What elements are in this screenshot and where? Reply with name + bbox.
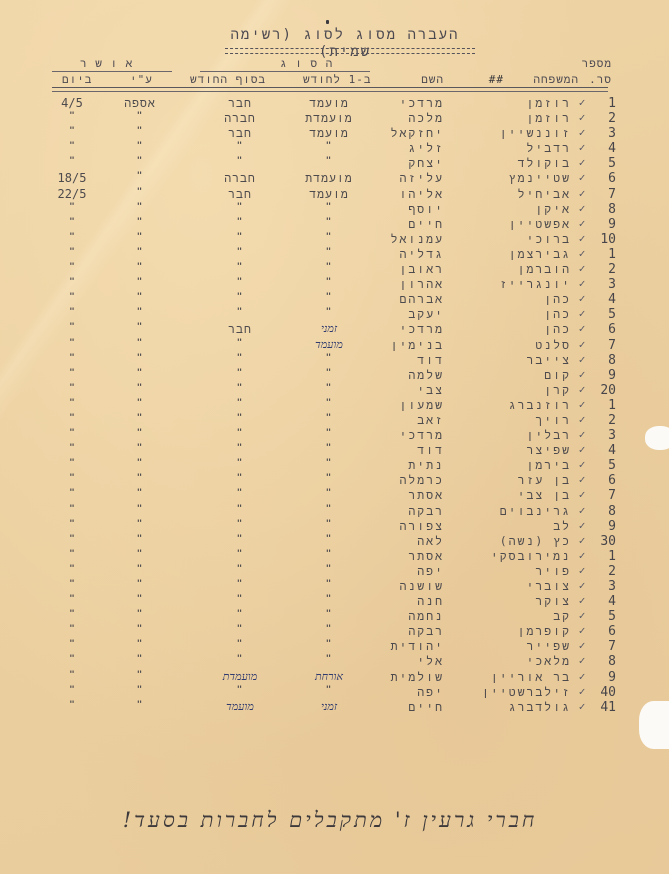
- status-from: ": [290, 519, 368, 529]
- family-name: רוזמן: [526, 96, 571, 111]
- approved-by: ": [110, 262, 170, 272]
- header-number: מספר: [582, 57, 612, 71]
- table-row: 3✓זוננשייןיחזקאלמועמדחבר"": [0, 126, 669, 141]
- row-number: 8: [592, 202, 616, 217]
- family-name: צייבר: [526, 353, 571, 368]
- approval-date: 4/5: [52, 96, 92, 110]
- row-number: 6: [592, 624, 616, 639]
- table-row: 1✓רוזנברגשמעון"""": [0, 398, 669, 413]
- family-name: צוברי: [526, 579, 571, 594]
- check-mark-icon: ✓: [576, 141, 588, 154]
- check-mark-icon: ✓: [576, 639, 588, 652]
- status-from: ": [290, 443, 368, 453]
- status-from: ": [290, 232, 368, 242]
- status-to: ": [210, 413, 270, 423]
- approved-by: ": [110, 594, 170, 604]
- approved-by: ": [110, 579, 170, 589]
- family-name: רוזנברג: [509, 398, 571, 413]
- header-group-rule: [52, 71, 172, 72]
- approval-date: ": [52, 111, 92, 121]
- header-ser: סר.: [589, 73, 612, 87]
- approval-date: ": [52, 654, 92, 664]
- row-number: 9: [592, 217, 616, 232]
- header-group-ishur: א ו ש ר: [80, 57, 133, 71]
- row-number: 3: [592, 277, 616, 292]
- header-family: המשפחה: [533, 73, 579, 87]
- check-mark-icon: ✓: [576, 171, 588, 184]
- row-number: 41: [592, 700, 616, 715]
- approval-date: ": [52, 368, 92, 378]
- approval-date: ": [52, 624, 92, 634]
- approval-date: ": [52, 579, 92, 589]
- first-name: צבי: [417, 383, 444, 398]
- approved-by: ": [110, 126, 170, 136]
- first-name: חנה: [417, 594, 444, 609]
- status-from: זמני: [290, 700, 368, 713]
- check-mark-icon: ✓: [576, 519, 588, 532]
- check-mark-icon: ✓: [576, 609, 588, 622]
- approval-date: ": [52, 277, 92, 287]
- row-number: 8: [592, 654, 616, 669]
- table-row: 2✓הוברמןראובן"""": [0, 262, 669, 277]
- table-row: 8✓איקןיוסף"""": [0, 202, 669, 217]
- check-mark-icon: ✓: [576, 700, 588, 713]
- approved-by: ": [110, 504, 170, 514]
- approved-by: ": [110, 428, 170, 438]
- table-row: 4✓כהןאברהם"""": [0, 292, 669, 307]
- approval-date: ": [52, 247, 92, 257]
- check-mark-icon: ✓: [576, 322, 588, 335]
- document-page: העברה מסוג לסוג (רשימה שמית) ה ס ו ג א ו…: [0, 0, 669, 874]
- approved-by: ": [110, 353, 170, 363]
- row-number: 1: [592, 96, 616, 111]
- check-mark-icon: ✓: [576, 564, 588, 577]
- first-name: חיים: [408, 217, 444, 232]
- table-row: 5✓בירמןנתית"""": [0, 458, 669, 473]
- status-from: ": [290, 594, 368, 604]
- check-mark-icon: ✓: [576, 579, 588, 592]
- first-name: יהודית: [391, 639, 444, 654]
- table-row: 9✓לבצפורה"""": [0, 519, 669, 534]
- approved-by: ": [110, 519, 170, 529]
- header-by: ע"י: [130, 73, 153, 87]
- table-row: 30✓כץ (נשה)לאה"""": [0, 534, 669, 549]
- row-number: 5: [592, 458, 616, 473]
- approval-date: ": [52, 564, 92, 574]
- row-number: 9: [592, 670, 616, 685]
- status-to: ": [210, 564, 270, 574]
- family-name: כהן: [544, 322, 571, 337]
- first-name: נחמה: [408, 609, 444, 624]
- status-to: חבר: [210, 96, 270, 111]
- row-number: 4: [592, 141, 616, 156]
- status-from: ": [290, 277, 368, 287]
- check-mark-icon: ✓: [576, 368, 588, 381]
- row-number: 3: [592, 126, 616, 141]
- status-to: ": [210, 307, 270, 317]
- approval-date: ": [52, 443, 92, 453]
- row-number: 2: [592, 413, 616, 428]
- status-to: ": [210, 156, 270, 166]
- family-name: כץ (נשה): [500, 534, 571, 549]
- status-from: ": [290, 488, 368, 498]
- header-rule: [52, 87, 608, 88]
- status-from: ": [290, 307, 368, 317]
- family-name: רויך: [535, 413, 571, 428]
- status-to: חבר: [210, 187, 270, 202]
- status-to: ": [210, 383, 270, 393]
- check-mark-icon: ✓: [576, 292, 588, 305]
- family-name: איקן: [535, 202, 571, 217]
- table-row: 5✓בוקולדיצחק"""": [0, 156, 669, 171]
- status-to: ": [210, 488, 270, 498]
- status-from: ": [290, 368, 368, 378]
- approval-date: ": [52, 458, 92, 468]
- status-from: זמני: [290, 322, 368, 335]
- table-row: 3✓צוברישושנה"""": [0, 579, 669, 594]
- family-name: קרן: [544, 383, 571, 398]
- status-to: ": [210, 639, 270, 649]
- approved-by: ": [110, 670, 170, 680]
- approved-by: ": [110, 307, 170, 317]
- approval-date: ": [52, 262, 92, 272]
- status-from: ": [290, 383, 368, 393]
- row-number: 7: [592, 488, 616, 503]
- status-from: מועמד: [290, 338, 368, 351]
- table-row: 4✓צוקרחנה"""": [0, 594, 669, 609]
- first-name: אהרון: [399, 277, 444, 292]
- status-from: מועמד: [290, 96, 368, 111]
- document-title: העברה מסוג לסוג (רשימה שמית): [225, 27, 465, 61]
- check-mark-icon: ✓: [576, 473, 588, 486]
- status-from: ": [290, 473, 368, 483]
- approval-date: ": [52, 685, 92, 695]
- approval-date: 18/5: [52, 171, 92, 185]
- first-name: נתית: [408, 458, 444, 473]
- status-from: אורחת: [290, 670, 368, 683]
- approved-by: ": [110, 232, 170, 242]
- family-name: מלאכי: [526, 654, 571, 669]
- approval-date: 22/5: [52, 187, 92, 201]
- first-name: אלי: [417, 654, 444, 669]
- family-name: קב: [553, 609, 571, 624]
- approval-date: ": [52, 473, 92, 483]
- status-to: ": [210, 624, 270, 634]
- status-to: ": [210, 579, 270, 589]
- check-mark-icon: ✓: [576, 685, 588, 698]
- status-from: ": [290, 609, 368, 619]
- approved-by: ": [110, 458, 170, 468]
- table-row: 8✓מלאכיאלי"""": [0, 654, 669, 669]
- row-number: 5: [592, 609, 616, 624]
- status-from: ": [290, 564, 368, 574]
- header-group-sug: ה ס ו ג: [280, 57, 333, 71]
- status-to: ": [210, 202, 270, 212]
- status-to: ": [210, 338, 270, 348]
- status-from: ": [290, 685, 368, 695]
- first-name: דוד: [417, 443, 444, 458]
- status-from: מועמדת: [290, 171, 368, 186]
- check-mark-icon: ✓: [576, 624, 588, 637]
- row-number: 6: [592, 473, 616, 488]
- first-name: אסתר: [408, 549, 444, 564]
- family-name: זוננשיין: [500, 126, 571, 141]
- check-mark-icon: ✓: [576, 156, 588, 169]
- status-from: ": [290, 141, 368, 151]
- approved-by: ": [110, 473, 170, 483]
- approved-by: ": [110, 247, 170, 257]
- check-mark-icon: ✓: [576, 232, 588, 245]
- first-name: בנימין: [391, 338, 444, 353]
- check-mark-icon: ✓: [576, 383, 588, 396]
- row-number: 4: [592, 292, 616, 307]
- first-name: גדליה: [399, 247, 444, 262]
- table-row: 3✓רבליןמרדכי"""": [0, 428, 669, 443]
- first-name: אליהו: [399, 187, 444, 202]
- first-name: שלמה: [408, 368, 444, 383]
- first-name: צפורה: [399, 519, 444, 534]
- status-to: ": [210, 534, 270, 544]
- family-name: בן צבי: [518, 488, 571, 503]
- family-name: גולדברג: [509, 700, 571, 715]
- approval-date: ": [52, 383, 92, 393]
- table-row: 6✓שטיינמץעליזהמועמדתחברה"18/5: [0, 171, 669, 186]
- approval-date: ": [52, 217, 92, 227]
- first-name: יצחק: [408, 156, 444, 171]
- approved-by: ": [110, 413, 170, 423]
- family-name: בירמן: [526, 458, 571, 473]
- family-name: צוקר: [535, 594, 571, 609]
- approved-by: ": [110, 624, 170, 634]
- table-row: 2✓רוזמןמלכהמועמדתחברה"": [0, 111, 669, 126]
- header-from-1st: ב-1 לחודש: [303, 73, 372, 87]
- status-from: ": [290, 292, 368, 302]
- family-name: רוזמן: [526, 111, 571, 126]
- approved-by: ": [110, 141, 170, 151]
- row-number: 4: [592, 443, 616, 458]
- header-end-month: בסוף החודש: [190, 73, 266, 87]
- status-to: ": [210, 353, 270, 363]
- check-mark-icon: ✓: [576, 338, 588, 351]
- approved-by: ": [110, 383, 170, 393]
- status-from: ": [290, 428, 368, 438]
- approved-by: ": [110, 171, 170, 181]
- approved-by: ": [110, 639, 170, 649]
- check-mark-icon: ✓: [576, 654, 588, 667]
- header-rule: [52, 91, 608, 92]
- family-name: בוקולד: [518, 156, 571, 171]
- first-name: שמעון: [399, 398, 444, 413]
- status-to: ": [210, 549, 270, 559]
- approval-date: ": [52, 141, 92, 151]
- table-row: 1✓נמירובסקיאסתר"""": [0, 549, 669, 564]
- row-number: 5: [592, 307, 616, 322]
- handwritten-footer: חברי גרעין ז' מתקבלים לחברות בסעד!: [100, 808, 560, 833]
- status-from: ": [290, 458, 368, 468]
- approved-by: ": [110, 156, 170, 166]
- check-mark-icon: ✓: [576, 126, 588, 139]
- check-mark-icon: ✓: [576, 111, 588, 124]
- check-mark-icon: ✓: [576, 398, 588, 411]
- check-mark-icon: ✓: [576, 458, 588, 471]
- approved-by: ": [110, 277, 170, 287]
- row-number: 1: [592, 398, 616, 413]
- status-to: ": [210, 232, 270, 242]
- first-name: ראובן: [399, 262, 444, 277]
- family-name: סלנט: [535, 338, 571, 353]
- check-mark-icon: ✓: [576, 594, 588, 607]
- row-number: 20: [592, 383, 616, 398]
- row-number: 7: [592, 639, 616, 654]
- approval-date: ": [52, 504, 92, 514]
- family-name: אביחיל: [518, 187, 571, 202]
- status-from: ": [290, 398, 368, 408]
- family-name: בן עזר: [518, 473, 571, 488]
- status-from: ": [290, 639, 368, 649]
- table-row: 4✓רדבילזליג"""": [0, 141, 669, 156]
- table-row: 2✓פויריפה"""": [0, 564, 669, 579]
- first-name: זאב: [417, 413, 444, 428]
- family-name: נמירובסקי: [491, 549, 571, 564]
- check-mark-icon: ✓: [576, 262, 588, 275]
- row-number: 8: [592, 504, 616, 519]
- status-to: ": [210, 428, 270, 438]
- status-to: ": [210, 685, 270, 695]
- table-row: 1✓גבירצמןגדליה"""": [0, 247, 669, 262]
- status-to: מועמדת: [210, 670, 270, 683]
- row-number: 7: [592, 187, 616, 202]
- approval-date: ": [52, 534, 92, 544]
- row-number: 3: [592, 579, 616, 594]
- approval-date: ": [52, 126, 92, 136]
- first-name: מלכה: [408, 111, 444, 126]
- check-mark-icon: ✓: [576, 307, 588, 320]
- approval-date: ": [52, 609, 92, 619]
- first-name: חיים: [408, 700, 444, 715]
- family-name: אפשטיין: [509, 217, 571, 232]
- status-from: מועמד: [290, 187, 368, 202]
- status-to: ": [210, 277, 270, 287]
- approval-date: ": [52, 202, 92, 212]
- status-to: חברה: [210, 171, 270, 186]
- family-name: שטיינמץ: [509, 171, 571, 186]
- first-name: אסתר: [408, 488, 444, 503]
- first-name: דוד: [417, 353, 444, 368]
- member-table: 1✓רוזמןמרדכימועמדחבראספה4/52✓רוזמןמלכהמו…: [0, 96, 669, 715]
- check-mark-icon: ✓: [576, 488, 588, 501]
- approved-by: ": [110, 202, 170, 212]
- check-mark-icon: ✓: [576, 96, 588, 109]
- check-mark-icon: ✓: [576, 428, 588, 441]
- family-name: גרינבוים: [500, 504, 571, 519]
- status-to: ": [210, 262, 270, 272]
- title-underline: [225, 48, 475, 54]
- family-name: רבלין: [526, 428, 571, 443]
- first-name: יפה: [417, 685, 444, 700]
- status-to: ": [210, 292, 270, 302]
- row-number: 2: [592, 111, 616, 126]
- status-to: ": [210, 458, 270, 468]
- status-to: ": [210, 519, 270, 529]
- status-to: ": [210, 368, 270, 378]
- first-name: כרמלה: [399, 473, 444, 488]
- check-mark-icon: ✓: [576, 443, 588, 456]
- family-name: יונגרייז: [500, 277, 571, 292]
- status-from: ": [290, 217, 368, 227]
- approved-by: ": [110, 443, 170, 453]
- status-to: ": [210, 443, 270, 453]
- first-name: שולמית: [391, 670, 444, 685]
- status-from: ": [290, 534, 368, 544]
- row-number: 2: [592, 564, 616, 579]
- status-to: ": [210, 594, 270, 604]
- check-mark-icon: ✓: [576, 534, 588, 547]
- table-row: 6✓כהןמרדכיזמניחבר"": [0, 322, 669, 337]
- table-row: 10✓ברוכיעמנואל"""": [0, 232, 669, 247]
- family-name: כהן: [544, 307, 571, 322]
- approval-date: ": [52, 639, 92, 649]
- status-to: ": [210, 654, 270, 664]
- approval-date: ": [52, 549, 92, 559]
- check-mark-icon: ✓: [576, 549, 588, 562]
- status-to: ": [210, 141, 270, 151]
- row-number: 1: [592, 247, 616, 262]
- first-name: שושנה: [399, 579, 444, 594]
- row-number: 2: [592, 262, 616, 277]
- status-from: ": [290, 202, 368, 212]
- approved-by: ": [110, 111, 170, 121]
- row-number: 9: [592, 519, 616, 534]
- table-row: 6✓בן עזרכרמלה"""": [0, 473, 669, 488]
- approved-by: ": [110, 292, 170, 302]
- table-row: 5✓קבנחמה"""": [0, 609, 669, 624]
- table-row: 20✓קרןצבי"""": [0, 383, 669, 398]
- status-from: ": [290, 353, 368, 363]
- approval-date: ": [52, 338, 92, 348]
- family-name: כהן: [544, 292, 571, 307]
- family-name: לב: [553, 519, 571, 534]
- row-number: 3: [592, 428, 616, 443]
- status-to: מועמד: [210, 700, 270, 713]
- approved-by: ": [110, 685, 170, 695]
- approval-date: ": [52, 488, 92, 498]
- approval-date: ": [52, 307, 92, 317]
- approval-date: ": [52, 670, 92, 680]
- check-mark-icon: ✓: [576, 247, 588, 260]
- check-mark-icon: ✓: [576, 353, 588, 366]
- status-to: ": [210, 609, 270, 619]
- approved-by: ": [110, 187, 170, 197]
- table-row: 9✓בר אורייןשולמיתאורחתמועמדת"": [0, 670, 669, 685]
- family-name: רדביל: [526, 141, 571, 156]
- table-row: 6✓קופרמןרבקה"""": [0, 624, 669, 639]
- approved-by: ": [110, 398, 170, 408]
- status-from: מועמדת: [290, 111, 368, 126]
- first-name: עמנואל: [391, 232, 444, 247]
- family-name: הוברמן: [518, 262, 571, 277]
- status-from: ": [290, 262, 368, 272]
- status-from: ": [290, 549, 368, 559]
- table-row: 7✓אביחילאליהומועמדחבר"22/5: [0, 187, 669, 202]
- first-name: יפה: [417, 564, 444, 579]
- header-group-rule: [200, 71, 370, 72]
- first-name: לאה: [417, 534, 444, 549]
- status-to: ": [210, 247, 270, 257]
- first-name: אברהם: [399, 292, 444, 307]
- approved-by: אספה: [110, 96, 170, 111]
- table-row: 2✓רויךזאב"""": [0, 413, 669, 428]
- row-number: 8: [592, 353, 616, 368]
